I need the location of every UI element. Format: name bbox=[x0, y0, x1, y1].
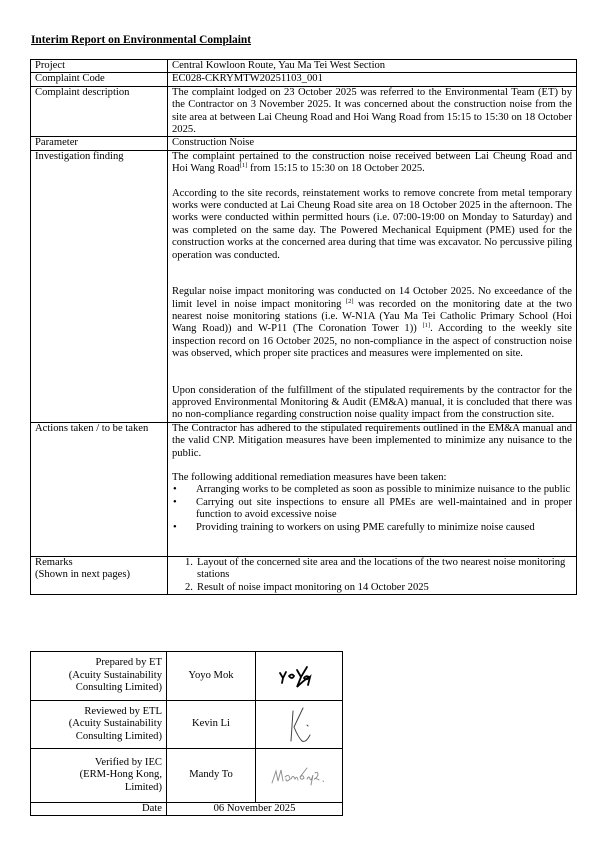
remarks-label: Remarks (Shown in next pages) bbox=[31, 557, 168, 595]
list-item: 2.Result of noise impact monitoring on 1… bbox=[172, 582, 572, 594]
list-item: Providing training to workers on using P… bbox=[172, 522, 572, 534]
remarks-list: 1.Layout of the concerned site area and … bbox=[172, 557, 572, 594]
row-complaint-code: Complaint Code EC028-CKRYMTW20251103_001 bbox=[31, 73, 577, 86]
remarks-value: 1.Layout of the concerned site area and … bbox=[168, 557, 577, 595]
list-item: Carrying out site inspections to ensure … bbox=[172, 497, 572, 522]
signoff-prepared: Prepared by ET (Acuity Sustainability Co… bbox=[31, 652, 343, 701]
parameter-value: Construction Noise bbox=[168, 137, 577, 150]
investigation-paragraph-2: According to the site records, reinstate… bbox=[172, 188, 572, 262]
signature-icon bbox=[277, 663, 321, 689]
verified-name: Mandy To bbox=[167, 749, 256, 803]
remediation-measures-list: Arranging works to be completed as soon … bbox=[172, 484, 572, 534]
reviewed-role: Reviewed by ETL (Acuity Sustainability C… bbox=[31, 701, 167, 749]
date-value: 06 November 2025 bbox=[167, 803, 343, 816]
row-project: Project Central Kowloon Route, Yau Ma Te… bbox=[31, 60, 577, 73]
investigation-paragraph-4: Upon consideration of the fulfillment of… bbox=[172, 385, 572, 422]
signoff-table: Prepared by ET (Acuity Sustainability Co… bbox=[30, 651, 343, 816]
actions-paragraph-1: The Contractor has adhered to the stipul… bbox=[172, 423, 572, 460]
project-label: Project bbox=[31, 60, 168, 73]
signoff-verified: Verified by IEC (ERM-Hong Kong, Limited)… bbox=[31, 749, 343, 803]
complaint-code-label: Complaint Code bbox=[31, 73, 168, 86]
actions-label: Actions taken / to be taken bbox=[31, 422, 168, 556]
signoff-reviewed: Reviewed by ETL (Acuity Sustainability C… bbox=[31, 701, 343, 749]
prepared-role: Prepared by ET (Acuity Sustainability Co… bbox=[31, 652, 167, 701]
row-remarks: Remarks (Shown in next pages) 1.Layout o… bbox=[31, 557, 577, 595]
prepared-name: Yoyo Mok bbox=[167, 652, 256, 701]
list-item: Arranging works to be completed as soon … bbox=[172, 484, 572, 496]
row-parameter: Parameter Construction Noise bbox=[31, 137, 577, 150]
signature-icon bbox=[281, 705, 317, 745]
actions-value: The Contractor has adhered to the stipul… bbox=[168, 422, 577, 556]
verified-signature bbox=[256, 749, 343, 803]
row-investigation-finding: Investigation finding The complaint pert… bbox=[31, 150, 577, 422]
complaint-description-label: Complaint description bbox=[31, 86, 168, 137]
investigation-finding-value: The complaint pertained to the construct… bbox=[168, 150, 577, 422]
row-complaint-description: Complaint description The complaint lodg… bbox=[31, 86, 577, 137]
parameter-label: Parameter bbox=[31, 137, 168, 150]
project-value: Central Kowloon Route, Yau Ma Tei West S… bbox=[168, 60, 577, 73]
investigation-paragraph-1: The complaint pertained to the construct… bbox=[172, 151, 572, 176]
complaint-details-table: Project Central Kowloon Route, Yau Ma Te… bbox=[30, 59, 577, 595]
reviewed-name: Kevin Li bbox=[167, 701, 256, 749]
signature-icon bbox=[269, 765, 329, 787]
reviewed-signature bbox=[256, 701, 343, 749]
verified-role: Verified by IEC (ERM-Hong Kong, Limited) bbox=[31, 749, 167, 803]
date-label: Date bbox=[31, 803, 167, 816]
footnote-ref: [2] bbox=[346, 298, 354, 305]
report-title: Interim Report on Environmental Complain… bbox=[31, 34, 251, 46]
investigation-paragraph-3: Regular noise impact monitoring was cond… bbox=[172, 286, 572, 360]
investigation-finding-label: Investigation finding bbox=[31, 150, 168, 422]
signoff-date: Date 06 November 2025 bbox=[31, 803, 343, 816]
row-actions: Actions taken / to be taken The Contract… bbox=[31, 422, 577, 556]
footnote-ref: [1] bbox=[423, 322, 431, 329]
prepared-signature bbox=[256, 652, 343, 701]
complaint-code-value: EC028-CKRYMTW20251103_001 bbox=[168, 73, 577, 86]
complaint-description-value: The complaint lodged on 23 October 2025 … bbox=[168, 86, 577, 137]
list-item: 1.Layout of the concerned site area and … bbox=[172, 557, 572, 582]
actions-paragraph-2: The following additional remediation mea… bbox=[172, 472, 572, 484]
